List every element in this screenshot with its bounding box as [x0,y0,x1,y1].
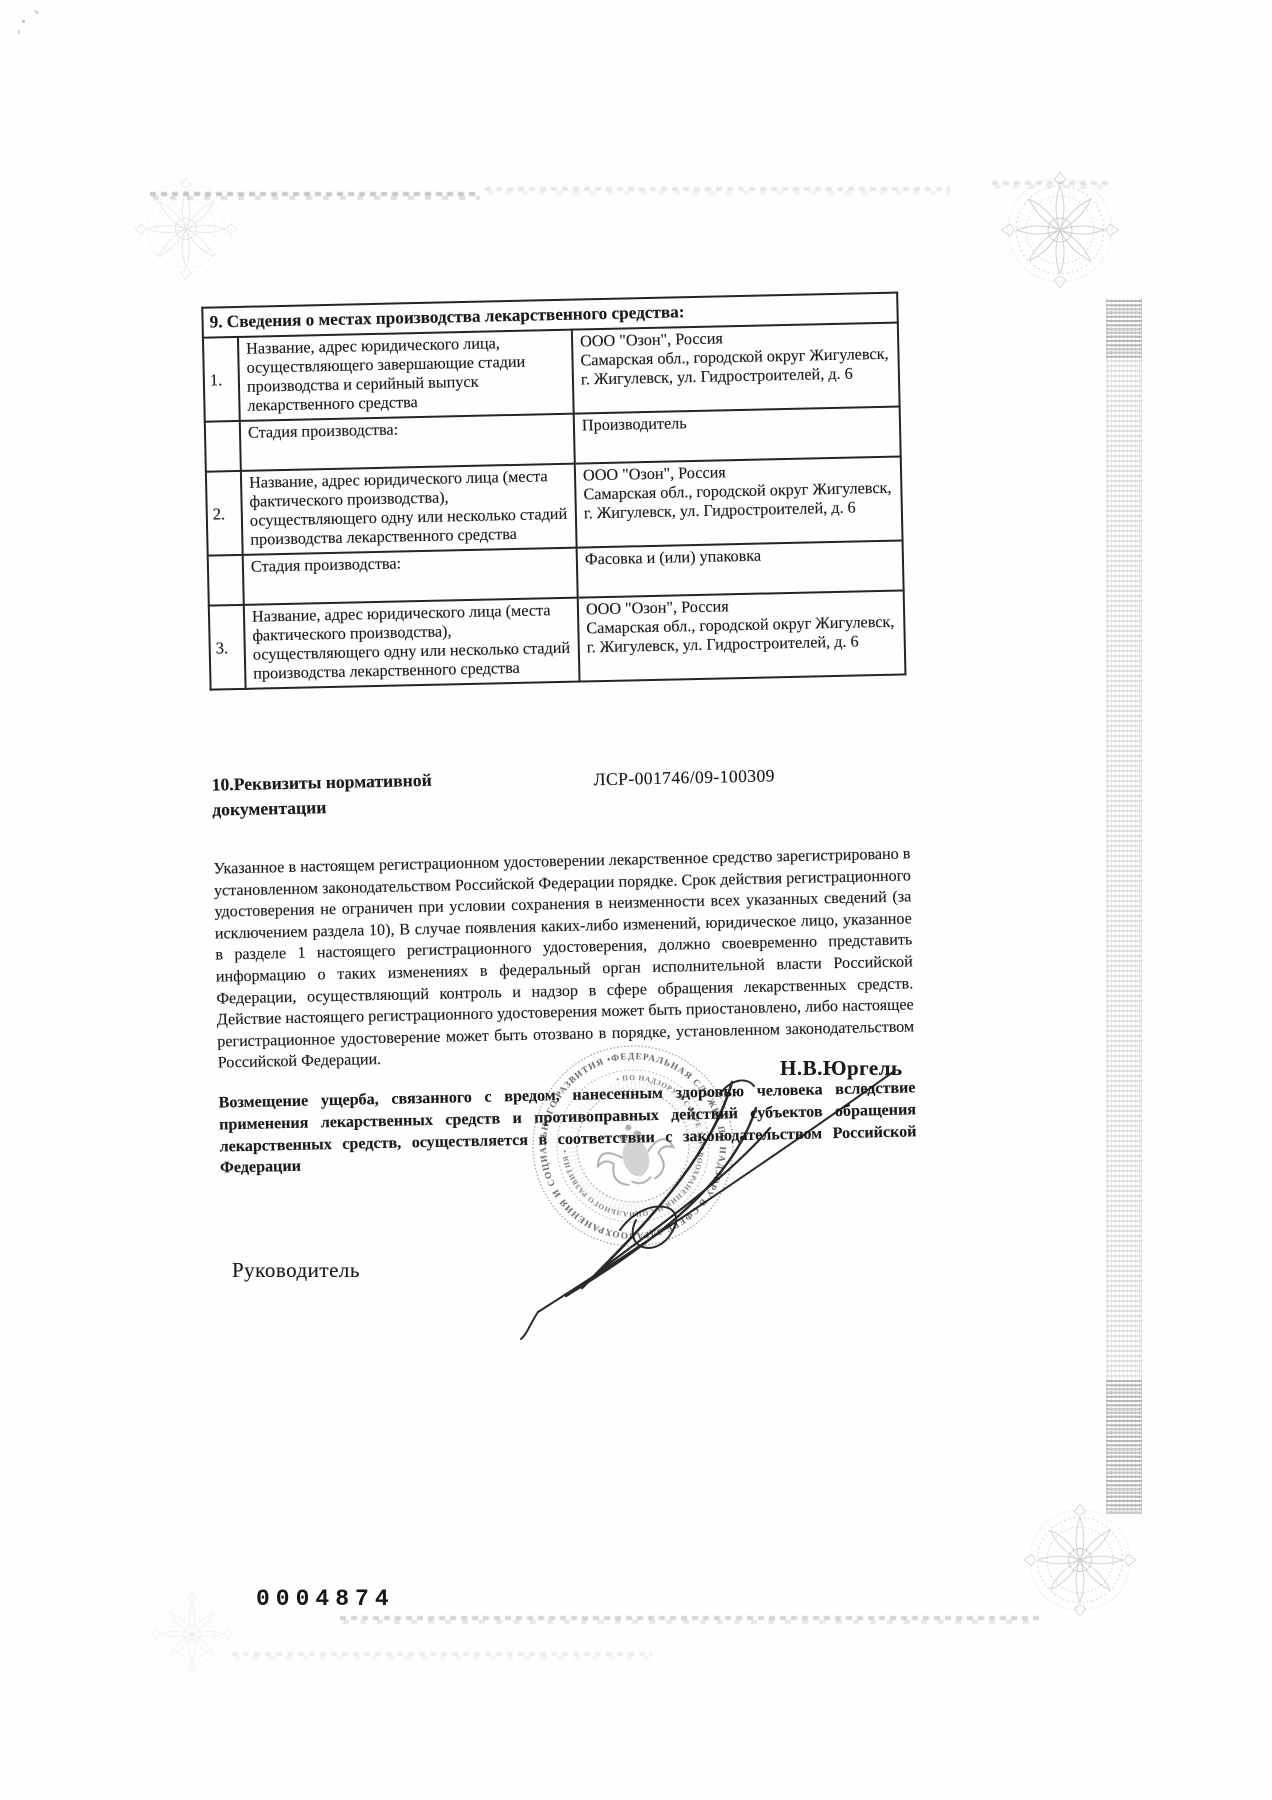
row-label: Название, адрес юридического лица (места… [244,598,580,689]
scan-speck [22,20,25,23]
row-value: ООО "Озон", Россия Самарская обл., город… [575,457,903,548]
signer-name: Н.В.Юргель [780,1056,903,1081]
guilloche-rosette-top-left [133,176,239,282]
scan-speck [34,10,39,15]
row-label: Название, адрес юридического лица (места… [241,464,577,555]
right-guilloche-band-segment [1106,298,1142,358]
row-number: 2. [206,471,243,556]
row-value: Производитель [574,407,901,464]
section-10: 10.Реквизиты нормативной документации ЛС… [211,757,909,822]
row-label: Название, адрес юридического лица, осуще… [238,330,574,421]
section-10-title: 10.Реквизиты нормативной документации [211,767,484,823]
row-number [208,555,244,606]
right-guilloche-band-segment [1106,1378,1142,1514]
row-number: 1. [203,337,240,422]
guilloche-rosette-top-right [1000,170,1120,290]
row-number: 3. [209,605,246,690]
table-row: 1. Название, адрес юридического лица, ос… [203,323,900,422]
registration-code: ЛСР-001746/09-100309 [593,760,775,814]
right-guilloche-band [1106,298,1142,1512]
scan-speck [18,30,20,34]
certificate-page: 9. Сведения о местах производства лекарс… [0,0,1272,1800]
production-sites-table: 9. Сведения о местах производства лекарс… [201,292,906,691]
top-dashed-band [485,187,950,195]
serial-number: 0004874 [256,1586,395,1612]
guilloche-rosette-bottom-left [150,1592,234,1676]
bottom-dashed-band [340,1616,1040,1624]
signer-role-label: Руководитель [232,1258,360,1283]
bottom-dashed-band [232,1652,652,1660]
guilloche-rosette-bottom-right [1022,1502,1138,1618]
row-value: ООО "Озон", Россия Самарская обл., город… [572,323,900,414]
row-label: Стадия производства: [240,414,575,471]
row-value: ООО "Озон", Россия Самарская обл., город… [578,590,906,681]
row-label: Стадия производства: [243,548,578,605]
row-number [205,421,241,472]
row-value: Фасовка и (или) упаковка [577,540,904,597]
table-row: 2. Название, адрес юридического лица (ме… [206,457,903,556]
table-row: 3. Название, адрес юридического лица (ме… [209,590,906,689]
